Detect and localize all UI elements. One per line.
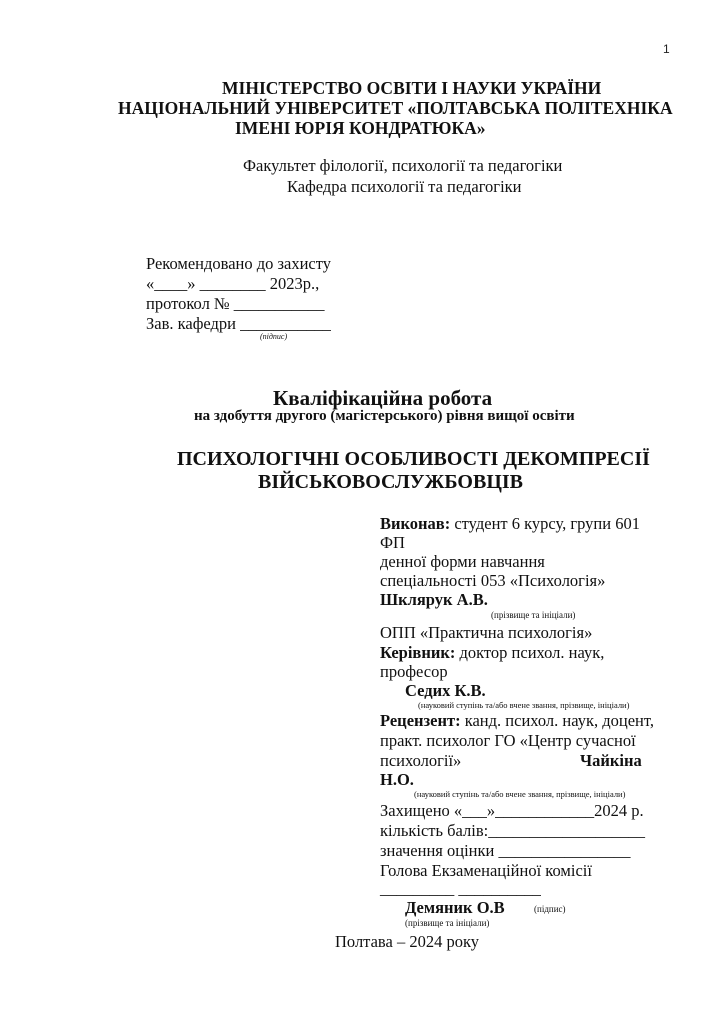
chair-name: Демяник О.В (405, 897, 505, 918)
reviewer-note: (науковий ступінь та/або вчене звання, п… (414, 789, 625, 799)
degree-line: на здобуття другого (магістерського) рів… (194, 408, 575, 425)
recommended-label: Рекомендовано до захисту (146, 254, 331, 274)
thesis-title: ПСИХОЛОГІЧНІ ОСОБЛИВОСТІ ДЕКОМПРЕСІЇ (177, 448, 650, 471)
author-name-note: (прізвище та ініціали) (491, 610, 575, 620)
reviewer-org: практ. психолог ГО «Центр сучасної (380, 730, 636, 751)
chair-name-note: (прізвище та ініціали) (405, 918, 489, 928)
supervisor-label: Керівник: (380, 643, 455, 662)
grade-field: значення оцінки ________________ (380, 840, 630, 861)
reviewer-name-cont: Н.О. (380, 769, 414, 790)
program: ОПП «Практична психологія» (380, 622, 592, 643)
supervisor-name: Седих К.В. (405, 680, 486, 701)
supervisor-title: професор (380, 661, 448, 682)
author-name: Шклярук А.В. (380, 589, 488, 610)
score-field: кількість балів:___________________ (380, 820, 645, 841)
specialty: спеціальності 053 «Психологія» (380, 570, 605, 591)
author-faculty: ФП (380, 532, 405, 553)
department-name: Кафедра психології та педагогіки (287, 176, 522, 197)
city-year: Полтава – 2024 року (335, 931, 479, 952)
chair-sign-note: (підпис) (534, 904, 566, 914)
author-line: Виконав: студент 6 курсу, групи 601 (380, 513, 640, 534)
author-label: Виконав: (380, 514, 450, 533)
supervisor-note: (науковий ступінь та/або вчене звання, п… (418, 700, 629, 710)
university-name: НАЦІОНАЛЬНИЙ УНІВЕРСИТЕТ «ПОЛТАВСЬКА ПОЛ… (118, 98, 673, 118)
reviewer-name: Чайкіна (580, 750, 642, 771)
study-form: денної форми навчання (380, 551, 545, 572)
protocol-number: протокол № ___________ (146, 294, 325, 314)
signature-lines: _________ __________ (380, 878, 541, 899)
defense-date: Захищено «___»____________2024 р. (380, 800, 644, 821)
reviewer-org-cont: психології» (380, 750, 461, 771)
university-name-cont: ІМЕНІ ЮРІЯ КОНДРАТЮКА» (235, 118, 486, 138)
signature-note: (підпис) (260, 332, 287, 341)
faculty-name: Факультет філології, психології та педаг… (243, 155, 562, 176)
ministry-name: МІНІСТЕРСТВО ОСВІТИ І НАУКИ УКРАЇНИ (222, 78, 601, 98)
recommended-date: «____» ________ 2023р., (146, 274, 319, 294)
reviewer-label: Рецензент: (380, 711, 461, 730)
supervisor-line: Керівник: доктор психол. наук, (380, 642, 604, 663)
head-of-department: Зав. кафедри ___________ (146, 314, 331, 334)
reviewer-line: Рецензент: канд. психол. наук, доцент, (380, 710, 654, 731)
thesis-title-cont: ВІЙСЬКОВОСЛУЖБОВЦІВ (258, 471, 523, 494)
page-number: 1 (663, 42, 670, 56)
